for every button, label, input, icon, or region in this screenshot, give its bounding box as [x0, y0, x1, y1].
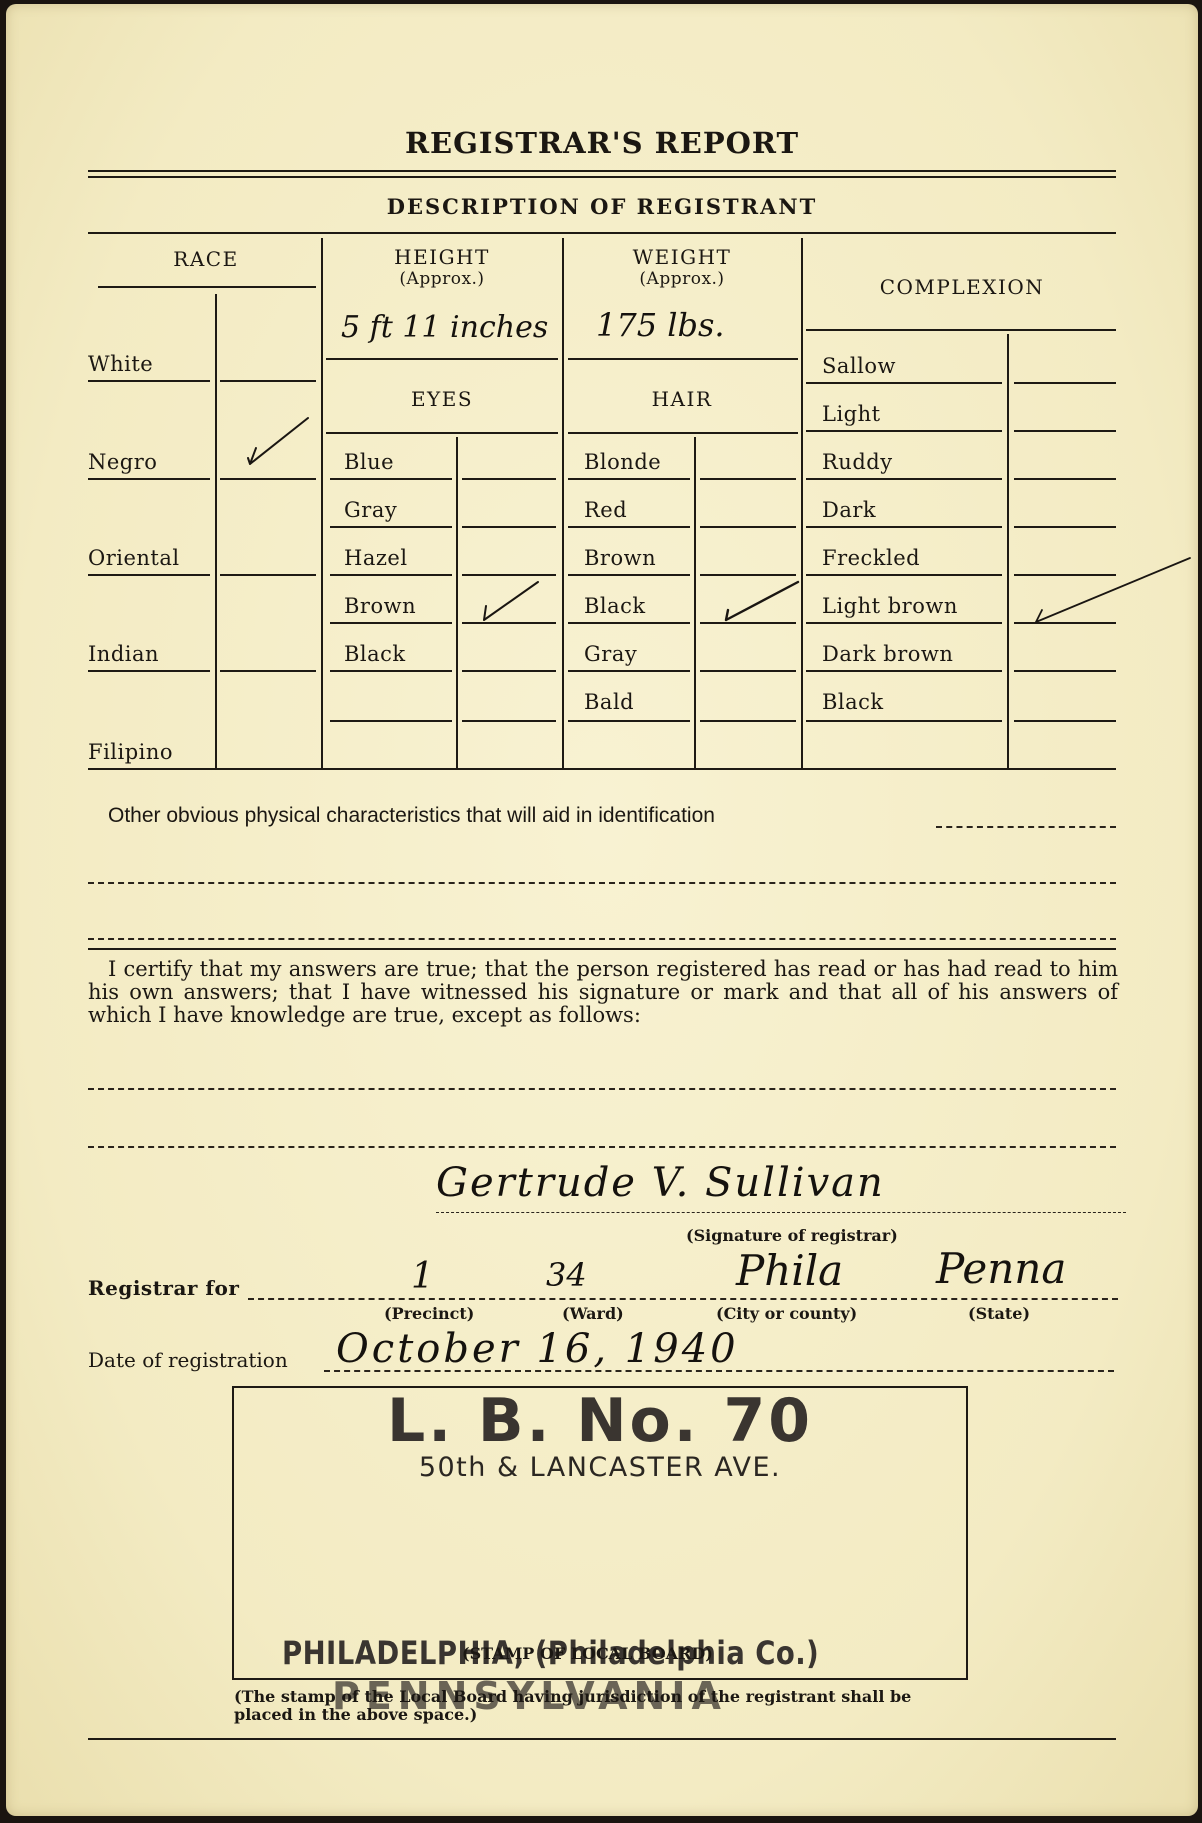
- other-characteristics-line-3[interactable]: [88, 938, 1116, 940]
- complexion-checkbox-light[interactable]: [1014, 430, 1116, 432]
- precinct-caption: (Precinct): [384, 1304, 474, 1323]
- col-divider-height: [562, 238, 564, 768]
- complexion-option-ruddy: Ruddy: [822, 450, 893, 474]
- race-check-col: [215, 294, 217, 768]
- signature-line: [436, 1212, 1126, 1213]
- height-value[interactable]: 5 ft 11 inches: [341, 310, 548, 345]
- other-characteristics-label: Other obvious physical characteristics t…: [108, 804, 715, 828]
- city-value[interactable]: Phila: [736, 1246, 843, 1295]
- weight-value-rule: [568, 358, 798, 360]
- exceptions-line-2[interactable]: [88, 1146, 1116, 1148]
- registrar-signature[interactable]: Gertrude V. Sullivan: [436, 1160, 885, 1206]
- eyes-rule: [330, 670, 452, 672]
- hair-check-col: [694, 437, 696, 768]
- signature-caption: (Signature of registrar): [686, 1226, 898, 1245]
- eyes-rule: [330, 622, 452, 624]
- complexion-checkbox-ruddy[interactable]: [1014, 478, 1116, 480]
- registration-card: REGISTRAR'S REPORT DESCRIPTION OF REGIST…: [6, 4, 1198, 1816]
- eyes-checkbox-black[interactable]: [462, 670, 556, 672]
- table-bottom-rule: [88, 768, 1116, 770]
- race-header-rule: [98, 286, 316, 288]
- race-checkbox-oriental[interactable]: [220, 574, 316, 576]
- hair-header: HAIR: [564, 388, 800, 410]
- stamp-board-number: L. B. No. 70: [232, 1386, 968, 1456]
- race-option-white: White: [88, 352, 153, 376]
- certify-rule: [88, 948, 1116, 950]
- registrar-for-line: [248, 1298, 1118, 1300]
- certification-text: I certify that my answers are true; that…: [88, 958, 1118, 1027]
- col-divider-race: [321, 238, 323, 768]
- race-checkbox-white[interactable]: [220, 380, 316, 382]
- hair-checkbox-gray[interactable]: [700, 670, 796, 672]
- eyes-header-rule: [326, 432, 558, 434]
- race-option-filipino: Filipino: [88, 740, 173, 764]
- precinct-value[interactable]: 1: [411, 1256, 434, 1297]
- eyes-rule: [330, 720, 452, 722]
- race-checkbox-negro[interactable]: [220, 478, 316, 480]
- hair-option-red: Red: [584, 498, 627, 522]
- complexion-rule: [806, 574, 1002, 576]
- hair-option-black: Black: [584, 594, 646, 618]
- eyes-option-black: Black: [344, 642, 406, 666]
- other-characteristics-field[interactable]: [936, 826, 1116, 828]
- complexion-header-rule: [806, 329, 1116, 331]
- checkmark-icon: [714, 578, 804, 628]
- complexion-rule: [806, 382, 1002, 384]
- weight-header: WEIGHT (Approx.): [564, 246, 800, 290]
- complexion-option-dark-brown: Dark brown: [822, 642, 953, 666]
- date-value[interactable]: October 16, 1940: [336, 1326, 739, 1372]
- race-rule-negro: [88, 478, 210, 480]
- complexion-rule: [806, 478, 1002, 480]
- hair-checkbox-red[interactable]: [700, 526, 796, 528]
- date-label: Date of registration: [88, 1348, 288, 1372]
- race-rule-white: [88, 380, 210, 382]
- eyes-rule: [330, 574, 452, 576]
- complexion-rule: [806, 670, 1002, 672]
- table-top-rule: [88, 232, 1116, 234]
- height-note: (Approx.): [324, 268, 560, 290]
- eyes-checkbox-hazel[interactable]: [462, 574, 556, 576]
- eyes-check-col: [456, 437, 458, 768]
- eyes-header: EYES: [324, 388, 560, 410]
- section-title: DESCRIPTION OF REGISTRANT: [6, 194, 1198, 219]
- hair-checkbox-bald[interactable]: [700, 720, 796, 722]
- hair-rule: [568, 478, 690, 480]
- hair-checkbox-brown[interactable]: [700, 574, 796, 576]
- complexion-option-light: Light: [822, 402, 881, 426]
- race-rule-indian: [88, 670, 210, 672]
- other-characteristics-line-2[interactable]: [88, 882, 1116, 884]
- registrar-for-label: Registrar for: [88, 1276, 239, 1300]
- eyes-option-hazel: Hazel: [344, 546, 408, 570]
- race-checkbox-indian[interactable]: [220, 670, 316, 672]
- race-header: RACE: [98, 248, 314, 270]
- hair-rule: [568, 720, 690, 722]
- ward-caption: (Ward): [562, 1304, 624, 1323]
- complexion-rule: [806, 430, 1002, 432]
- complexion-checkbox-black[interactable]: [1014, 720, 1116, 722]
- checkmark-icon: [1026, 554, 1196, 634]
- hair-rule: [568, 670, 690, 672]
- hair-checkbox-blonde[interactable]: [700, 478, 796, 480]
- hair-option-blonde: Blonde: [584, 450, 661, 474]
- complexion-rule: [806, 526, 1002, 528]
- race-option-negro: Negro: [88, 450, 157, 474]
- complexion-rule: [806, 720, 1002, 722]
- bottom-rule: [88, 1738, 1116, 1740]
- complexion-option-dark: Dark: [822, 498, 876, 522]
- hair-rule: [568, 526, 690, 528]
- hair-option-brown: Brown: [584, 546, 656, 570]
- checkmark-icon: [238, 414, 318, 474]
- title-rule-top: [88, 170, 1116, 172]
- complexion-option-freckled: Freckled: [822, 546, 920, 570]
- hair-rule: [568, 574, 690, 576]
- hair-header-rule: [568, 432, 798, 434]
- eyes-checkbox-gray[interactable]: [462, 526, 556, 528]
- complexion-header: COMPLEXION: [804, 276, 1120, 298]
- height-label: HEIGHT: [394, 245, 490, 269]
- ward-value[interactable]: 34: [546, 1256, 587, 1294]
- eyes-option-gray: Gray: [344, 498, 397, 522]
- complexion-check-col: [1007, 334, 1009, 768]
- height-value-rule: [326, 358, 558, 360]
- eyes-option-blue: Blue: [344, 450, 394, 474]
- weight-note: (Approx.): [564, 268, 800, 290]
- race-option-oriental: Oriental: [88, 546, 180, 570]
- exceptions-line-1[interactable]: [88, 1088, 1116, 1090]
- page-title: REGISTRAR'S REPORT: [6, 126, 1198, 160]
- weight-label: WEIGHT: [633, 245, 732, 269]
- race-option-indian: Indian: [88, 642, 159, 666]
- stamp-box-caption: (STAMP OF LOCAL BOARD): [462, 1644, 713, 1663]
- weight-value[interactable]: 175 lbs.: [596, 306, 725, 344]
- state-caption: (State): [968, 1304, 1030, 1323]
- checkmark-icon: [470, 578, 550, 628]
- col-divider-weight: [801, 238, 803, 768]
- hair-option-gray: Gray: [584, 642, 637, 666]
- complexion-option-sallow: Sallow: [822, 354, 896, 378]
- eyes-rule: [462, 720, 556, 722]
- hair-rule: [568, 622, 690, 624]
- city-caption: (City or county): [716, 1304, 857, 1323]
- height-header: HEIGHT (Approx.): [324, 246, 560, 290]
- eyes-rule: [330, 478, 452, 480]
- complexion-rule: [806, 622, 1002, 624]
- complexion-checkbox-sallow[interactable]: [1014, 382, 1116, 384]
- state-value[interactable]: Penna: [936, 1244, 1066, 1293]
- complexion-option-light-brown: Light brown: [822, 594, 958, 618]
- complexion-option-black: Black: [822, 690, 884, 714]
- eyes-checkbox-blue[interactable]: [462, 478, 556, 480]
- stamp-footnote: (The stamp of the Local Board having jur…: [234, 1688, 974, 1724]
- title-rule-bottom: [88, 176, 1116, 178]
- stamp-address: 50th & LANCASTER AVE.: [232, 1452, 968, 1483]
- complexion-checkbox-dark-brown[interactable]: [1014, 670, 1116, 672]
- eyes-rule: [330, 526, 452, 528]
- hair-option-bald: Bald: [584, 690, 634, 714]
- complexion-checkbox-dark[interactable]: [1014, 526, 1116, 528]
- race-rule-oriental: [88, 574, 210, 576]
- eyes-option-brown: Brown: [344, 594, 416, 618]
